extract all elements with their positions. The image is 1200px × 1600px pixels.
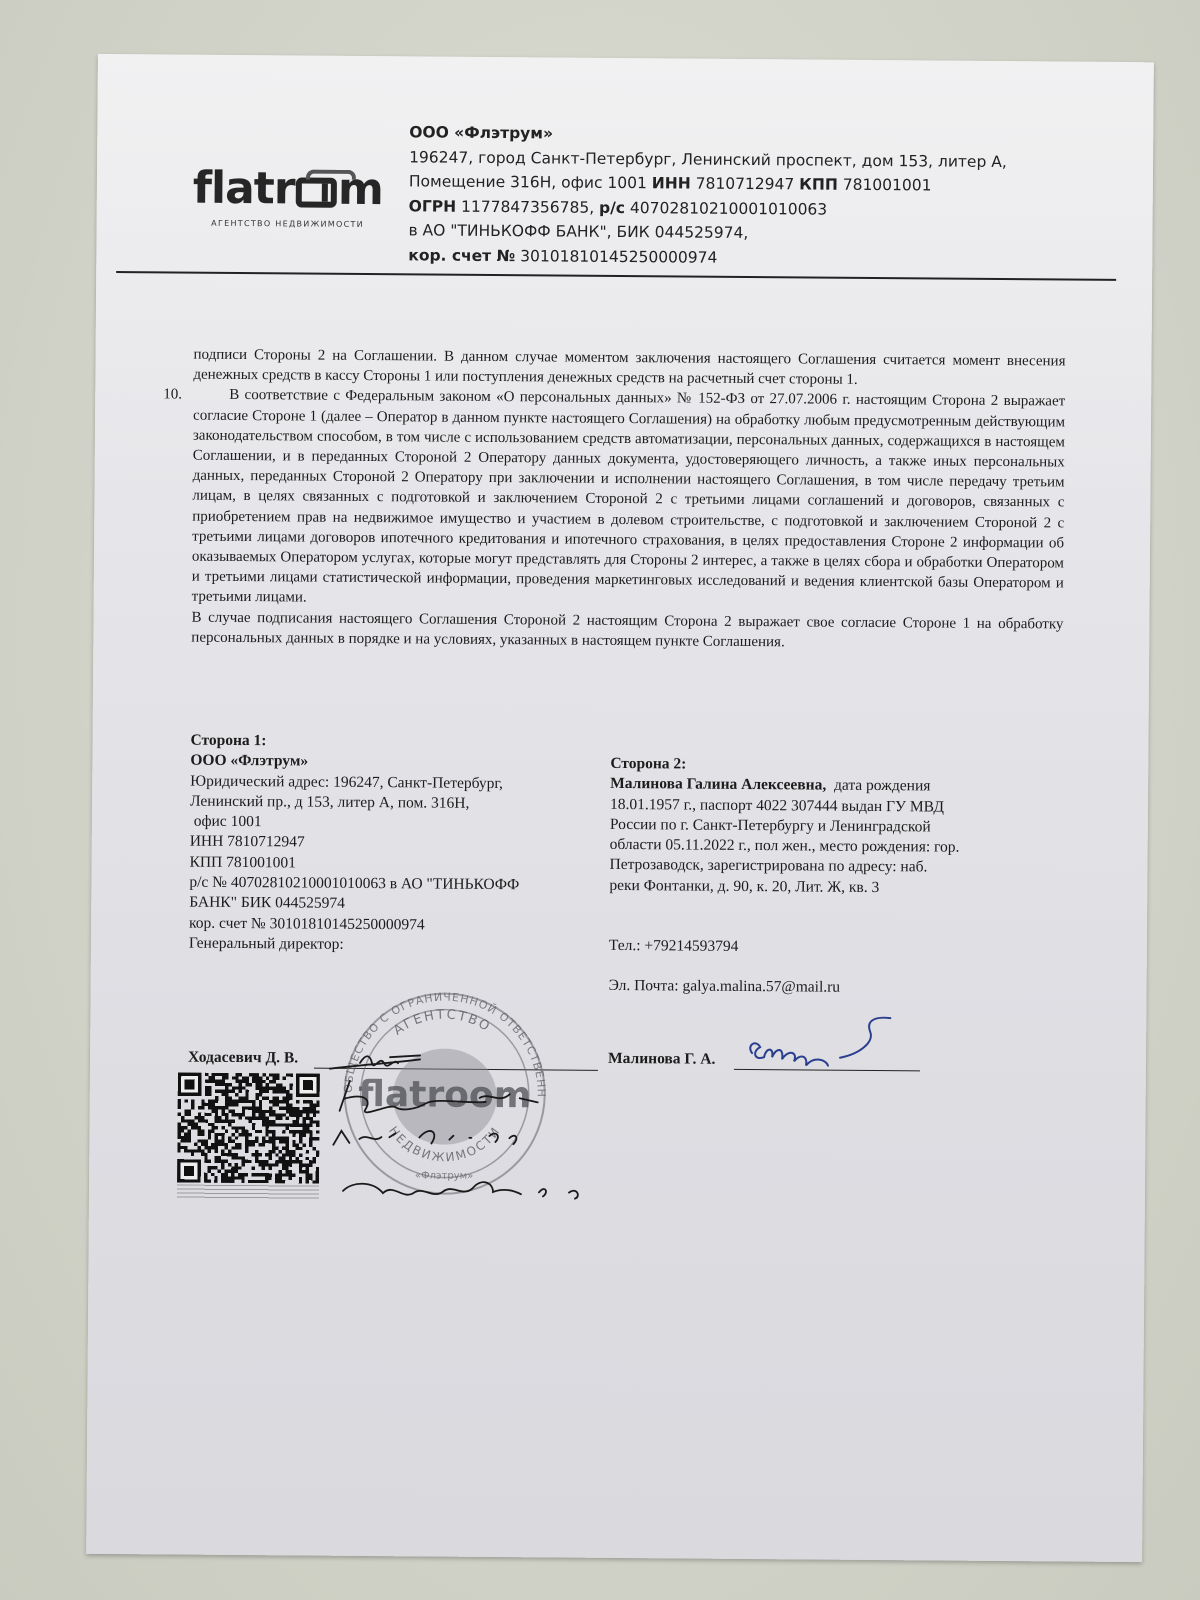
- party-1-line: БАНК" БИК 044525974: [189, 893, 609, 917]
- party-2-signature-line: [734, 1069, 920, 1071]
- company-stamp-icon: ОБЩЕСТВО С ОГРАНИЧЕННОЙ ОТВЕТСТВЕННОСТЬЮ…: [339, 988, 551, 1200]
- company-logo: flatrm АГЕНТСТВО НЕДВИЖИМОСТИ: [193, 167, 383, 229]
- qr-code-icon: [177, 1073, 320, 1184]
- logo-wordmark: flatrm: [193, 167, 383, 212]
- kor-account-line: кор. счет № 30101810145250000974: [408, 243, 1006, 272]
- paragraph-continuation: подписи Стороны 2 на Соглашении. В данно…: [193, 345, 1065, 392]
- paragraph-closing: В случае подписания настоящего Соглашени…: [191, 607, 1063, 654]
- clause-text: В соответствие с Федеральным законом «О …: [192, 387, 1066, 606]
- document-page: flatrm АГЕНТСТВО НЕДВИЖИМОСТИ ООО «Флэтр…: [86, 54, 1154, 1562]
- party-2-signatory: Малинова Г. А.: [608, 1050, 716, 1069]
- party-2-name-line: Малинова Галина Алексеевна, дата рождени…: [610, 774, 1030, 798]
- handwritten-signature-party-2: [736, 1011, 906, 1076]
- party-2-line: реки Фонтанки, д. 90, к. 20, Лит. Ж, кв.…: [609, 876, 1029, 900]
- party-1-name: ООО «Флэтрум»: [190, 751, 610, 775]
- svg-text:flatroom: flatroom: [358, 1074, 531, 1116]
- party-2-phone: Тел.: +79214593794: [609, 936, 1029, 960]
- party-1-block: Сторона 1: ООО «Флэтрум» Юридический адр…: [189, 731, 611, 958]
- svg-text:«Флэтрум»: «Флэтрум»: [415, 1170, 473, 1181]
- party-1-line: Генеральный директор:: [189, 934, 609, 958]
- house-icon: [295, 177, 337, 207]
- qr-caption: [177, 1185, 319, 1200]
- clause-10: 10.В соответствие с Федеральным законом …: [192, 385, 1066, 614]
- party-2-email: Эл. Почта: galya.malina.57@mail.ru: [609, 976, 1029, 1000]
- party-1-signatory: Ходасевич Д. В.: [188, 1049, 298, 1068]
- letterhead-details: ООО «Флэтрум» 196247, город Санкт-Петерб…: [408, 120, 1007, 272]
- header-divider: [116, 271, 1116, 281]
- party-2-block: Сторона 2: Малинова Галина Алексеевна, д…: [609, 754, 1031, 1000]
- logo-tagline: АГЕНТСТВО НЕДВИЖИМОСТИ: [193, 219, 383, 229]
- clause-number: 10.: [163, 385, 182, 405]
- party-2-name: Малинова Галина Алексеевна,: [610, 775, 826, 794]
- agreement-body: подписи Стороны 2 на Соглашении. В данно…: [191, 345, 1065, 655]
